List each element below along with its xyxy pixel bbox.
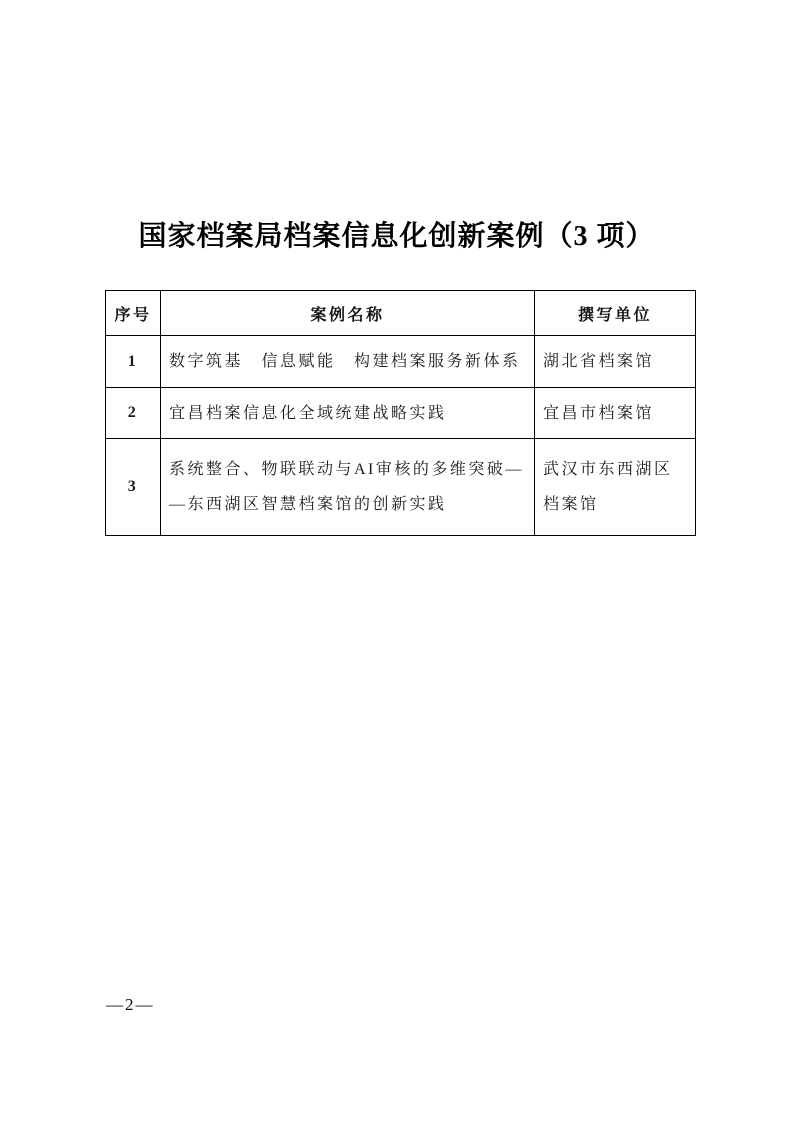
column-header-unit: 撰写单位 xyxy=(535,291,696,336)
cell-index: 3 xyxy=(106,439,161,536)
cell-unit: 武汉市东西湖区 档案馆 xyxy=(535,439,696,536)
document-page: 国家档案局档案信息化创新案例（3 项） 序号 案例名称 撰写单位 1 数字筑基 … xyxy=(0,0,793,1122)
table-header-row: 序号 案例名称 撰写单位 xyxy=(106,291,696,336)
cell-unit: 宜昌市档案馆 xyxy=(535,388,696,439)
column-header-case-name: 案例名称 xyxy=(161,291,535,336)
cases-table: 序号 案例名称 撰写单位 1 数字筑基 信息赋能 构建档案服务新体系 湖北省档案… xyxy=(105,290,696,536)
cell-case-name: 宜昌档案信息化全域统建战略实践 xyxy=(161,388,535,439)
page-number: —2— xyxy=(106,995,155,1015)
table-row: 2 宜昌档案信息化全域统建战略实践 宜昌市档案馆 xyxy=(106,388,696,439)
cell-unit: 湖北省档案馆 xyxy=(535,336,696,388)
cell-case-name: 系统整合、物联联动与AI审核的多维突破— —东西湖区智慧档案馆的创新实践 xyxy=(161,439,535,536)
column-header-index: 序号 xyxy=(106,291,161,336)
table-row: 1 数字筑基 信息赋能 构建档案服务新体系 湖北省档案馆 xyxy=(106,336,696,388)
cell-index: 1 xyxy=(106,336,161,388)
cell-case-name: 数字筑基 信息赋能 构建档案服务新体系 xyxy=(161,336,535,388)
table-row: 3 系统整合、物联联动与AI审核的多维突破— —东西湖区智慧档案馆的创新实践 武… xyxy=(106,439,696,536)
cell-index: 2 xyxy=(106,388,161,439)
page-title: 国家档案局档案信息化创新案例（3 项） xyxy=(0,214,793,254)
